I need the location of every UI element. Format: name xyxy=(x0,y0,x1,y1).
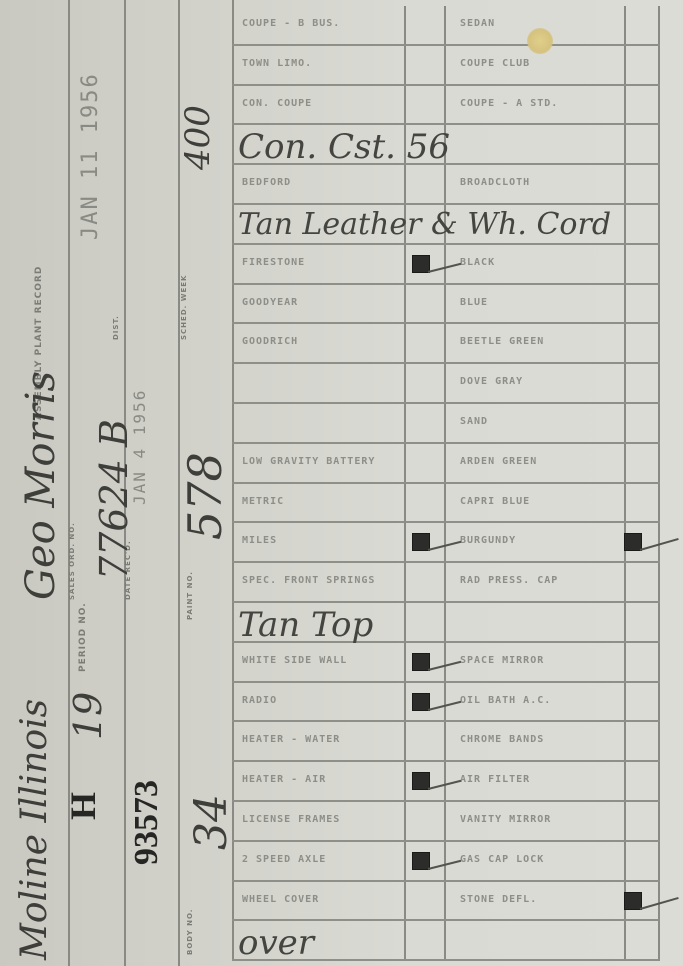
assembly-plant-record-card: ASSEMBLY PLANT RECORD JAN 11 1956 JAN 4 … xyxy=(0,0,683,966)
option-label-left: HEATER - WATER xyxy=(242,734,340,745)
option-row: GOODYEARBLUE xyxy=(232,285,660,325)
checkbox-right[interactable] xyxy=(628,249,656,281)
checkbox-left[interactable] xyxy=(408,886,440,918)
check-mark-stroke xyxy=(428,661,461,671)
option-label-left: GOODRICH xyxy=(242,336,298,347)
checkbox-left[interactable] xyxy=(408,50,440,82)
label-schedule: SCHED. WEEK xyxy=(180,275,188,340)
option-label-left: MILES xyxy=(242,535,277,546)
checkbox-right[interactable] xyxy=(628,726,656,758)
option-row: RADIOOIL BATH A.C. xyxy=(232,683,660,723)
checkbox-left[interactable] xyxy=(408,328,440,360)
option-label-right: BROADCLOTH xyxy=(460,177,530,188)
handwritten-note: Con. Cst. 56 xyxy=(238,127,450,167)
hand-dealer-name: Geo Morris xyxy=(18,371,64,600)
hand-schedule-number: 578 xyxy=(178,452,232,540)
option-label-right: OIL BATH A.C. xyxy=(460,695,551,706)
option-row: HEATER - AIRAIR FILTER xyxy=(232,762,660,802)
options-grid: COUPE - B BUS.SEDANTOWN LIMO.COUPE CLUBC… xyxy=(232,6,660,958)
option-row: GOODRICHBEETLE GREEN xyxy=(232,324,660,364)
option-row: LOW GRAVITY BATTERYARDEN GREEN xyxy=(232,444,660,484)
option-label-right: STONE DEFL. xyxy=(460,894,537,905)
option-row: WHEEL COVERSTONE DEFL. xyxy=(232,882,660,922)
option-label-left: CON. COUPE xyxy=(242,98,312,109)
hand-top-number: 400 xyxy=(178,105,218,170)
option-row: 2 SPEED AXLEGAS CAP LOCK xyxy=(232,842,660,882)
option-label-left: WHITE SIDE WALL xyxy=(242,655,347,666)
checkbox-right[interactable] xyxy=(628,169,656,201)
option-row: MILESBURGUNDY xyxy=(232,523,660,563)
option-label-right: COUPE CLUB xyxy=(460,58,530,69)
option-label-right: COUPE - A STD. xyxy=(460,98,558,109)
label-period-no: PERIOD NO. xyxy=(78,602,88,672)
option-label-left: WHEEL COVER xyxy=(242,894,319,905)
option-row: METRICCAPRI BLUE xyxy=(232,484,660,524)
option-label-left: GOODYEAR xyxy=(242,297,298,308)
handwritten-note: Tan Leather & Wh. Cord xyxy=(238,207,611,242)
checkbox-right[interactable] xyxy=(628,328,656,360)
option-label-right: CAPRI BLUE xyxy=(460,496,530,507)
checkbox-right[interactable] xyxy=(628,90,656,122)
option-label-right: DOVE GRAY xyxy=(460,376,523,387)
stamp-date-top: JAN 11 1956 xyxy=(78,72,103,240)
option-label-right: AIR FILTER xyxy=(460,774,530,785)
check-mark-stroke xyxy=(428,700,461,710)
option-label-left: TOWN LIMO. xyxy=(242,58,312,69)
option-label-left: HEATER - AIR xyxy=(242,774,326,785)
checkbox-right[interactable] xyxy=(628,647,656,679)
strip-rule xyxy=(68,0,70,966)
checkbox-right[interactable] xyxy=(628,289,656,321)
check-mark-stroke xyxy=(428,541,461,551)
checkbox-left[interactable] xyxy=(408,488,440,520)
option-label-left: METRIC xyxy=(242,496,284,507)
checkbox-right[interactable] xyxy=(628,448,656,480)
checkbox-left-checked[interactable] xyxy=(412,693,430,711)
checkbox-right[interactable] xyxy=(628,488,656,520)
checkbox-right[interactable] xyxy=(628,10,656,42)
option-row: SPEC. FRONT SPRINGSRAD PRESS. CAP xyxy=(232,563,660,603)
option-label-right: ARDEN GREEN xyxy=(460,456,537,467)
checkbox-right[interactable] xyxy=(628,368,656,400)
checkbox-right[interactable] xyxy=(628,567,656,599)
hand-sales-order: 77624 B xyxy=(92,419,136,580)
label-body-no: BODY NO. xyxy=(186,909,194,955)
option-row: BEDFORDBROADCLOTH xyxy=(232,165,660,205)
plant-code: H xyxy=(62,792,104,820)
handwritten-row: Tan Top xyxy=(232,603,660,643)
option-label-left: SPEC. FRONT SPRINGS xyxy=(242,575,375,586)
option-row: WHITE SIDE WALLSPACE MIRROR xyxy=(232,643,660,683)
check-mark-stroke xyxy=(640,897,679,910)
option-label-right: BLUE xyxy=(460,297,488,308)
label-dist: DIST. xyxy=(112,315,120,340)
option-label-left: LOW GRAVITY BATTERY xyxy=(242,456,375,467)
checkbox-right[interactable] xyxy=(628,687,656,719)
hand-dealer-city: Moline Illinois xyxy=(14,699,55,960)
option-label-left: FIRESTONE xyxy=(242,257,305,268)
checkbox-left[interactable] xyxy=(408,368,440,400)
handwritten-row: over xyxy=(232,921,660,961)
option-label-right: BURGUNDY xyxy=(460,535,516,546)
checkbox-left[interactable] xyxy=(408,289,440,321)
handwritten-note: Tan Top xyxy=(238,605,373,645)
check-mark-stroke xyxy=(428,860,461,870)
checkbox-left[interactable] xyxy=(408,806,440,838)
checkbox-right[interactable] xyxy=(628,50,656,82)
option-label-right: SAND xyxy=(460,416,488,427)
hand-body-style-number: 19 xyxy=(66,692,110,740)
label-paint-no: PAINT NO. xyxy=(186,571,194,620)
option-label-left: RADIO xyxy=(242,695,277,706)
option-label-left: 2 SPEED AXLE xyxy=(242,854,326,865)
checkbox-right[interactable] xyxy=(628,766,656,798)
checkbox-left[interactable] xyxy=(408,448,440,480)
option-row: SAND xyxy=(232,404,660,444)
checkbox-left[interactable] xyxy=(408,726,440,758)
option-row: CON. COUPECOUPE - A STD. xyxy=(232,86,660,126)
option-row: FIRESTONEBLACK xyxy=(232,245,660,285)
option-row: COUPE - B BUS.SEDAN xyxy=(232,6,660,46)
option-row: DOVE GRAY xyxy=(232,364,660,404)
option-row: LICENSE FRAMESVANITY MIRROR xyxy=(232,802,660,842)
option-label-right: VANITY MIRROR xyxy=(460,814,551,825)
checkbox-left[interactable] xyxy=(408,90,440,122)
checkbox-left[interactable] xyxy=(408,10,440,42)
option-label-right: BLACK xyxy=(460,257,495,268)
handwritten-row: Con. Cst. 56 xyxy=(232,125,660,165)
option-label-left: LICENSE FRAMES xyxy=(242,814,340,825)
checkbox-left[interactable] xyxy=(408,169,440,201)
handwritten-row: Tan Leather & Wh. Cord xyxy=(232,205,660,245)
option-label-right: SPACE MIRROR xyxy=(460,655,544,666)
checkbox-left[interactable] xyxy=(408,567,440,599)
option-label-right: RAD PRESS. CAP xyxy=(460,575,558,586)
check-mark-stroke xyxy=(428,263,461,273)
option-label-right: SEDAN xyxy=(460,18,495,29)
check-mark-stroke xyxy=(428,780,461,790)
serial-number: 93573 xyxy=(128,780,166,865)
checkbox-right[interactable] xyxy=(628,846,656,878)
label-sales-ord: SALES ORD. NO. xyxy=(68,522,76,600)
option-label-right: GAS CAP LOCK xyxy=(460,854,544,865)
checkbox-right[interactable] xyxy=(628,806,656,838)
option-label-left: COUPE - B BUS. xyxy=(242,18,340,29)
check-mark-stroke xyxy=(640,538,679,551)
checkbox-left[interactable] xyxy=(408,408,440,440)
handwritten-note: over xyxy=(238,923,314,963)
option-row: TOWN LIMO.COUPE CLUB xyxy=(232,46,660,86)
option-label-right: CHROME BANDS xyxy=(460,734,544,745)
hand-bottom-number: 34 xyxy=(186,794,237,850)
paper-stain xyxy=(527,28,553,54)
option-label-right: BEETLE GREEN xyxy=(460,336,544,347)
option-row: HEATER - WATERCHROME BANDS xyxy=(232,722,660,762)
checkbox-right[interactable] xyxy=(628,408,656,440)
option-label-left: BEDFORD xyxy=(242,177,291,188)
